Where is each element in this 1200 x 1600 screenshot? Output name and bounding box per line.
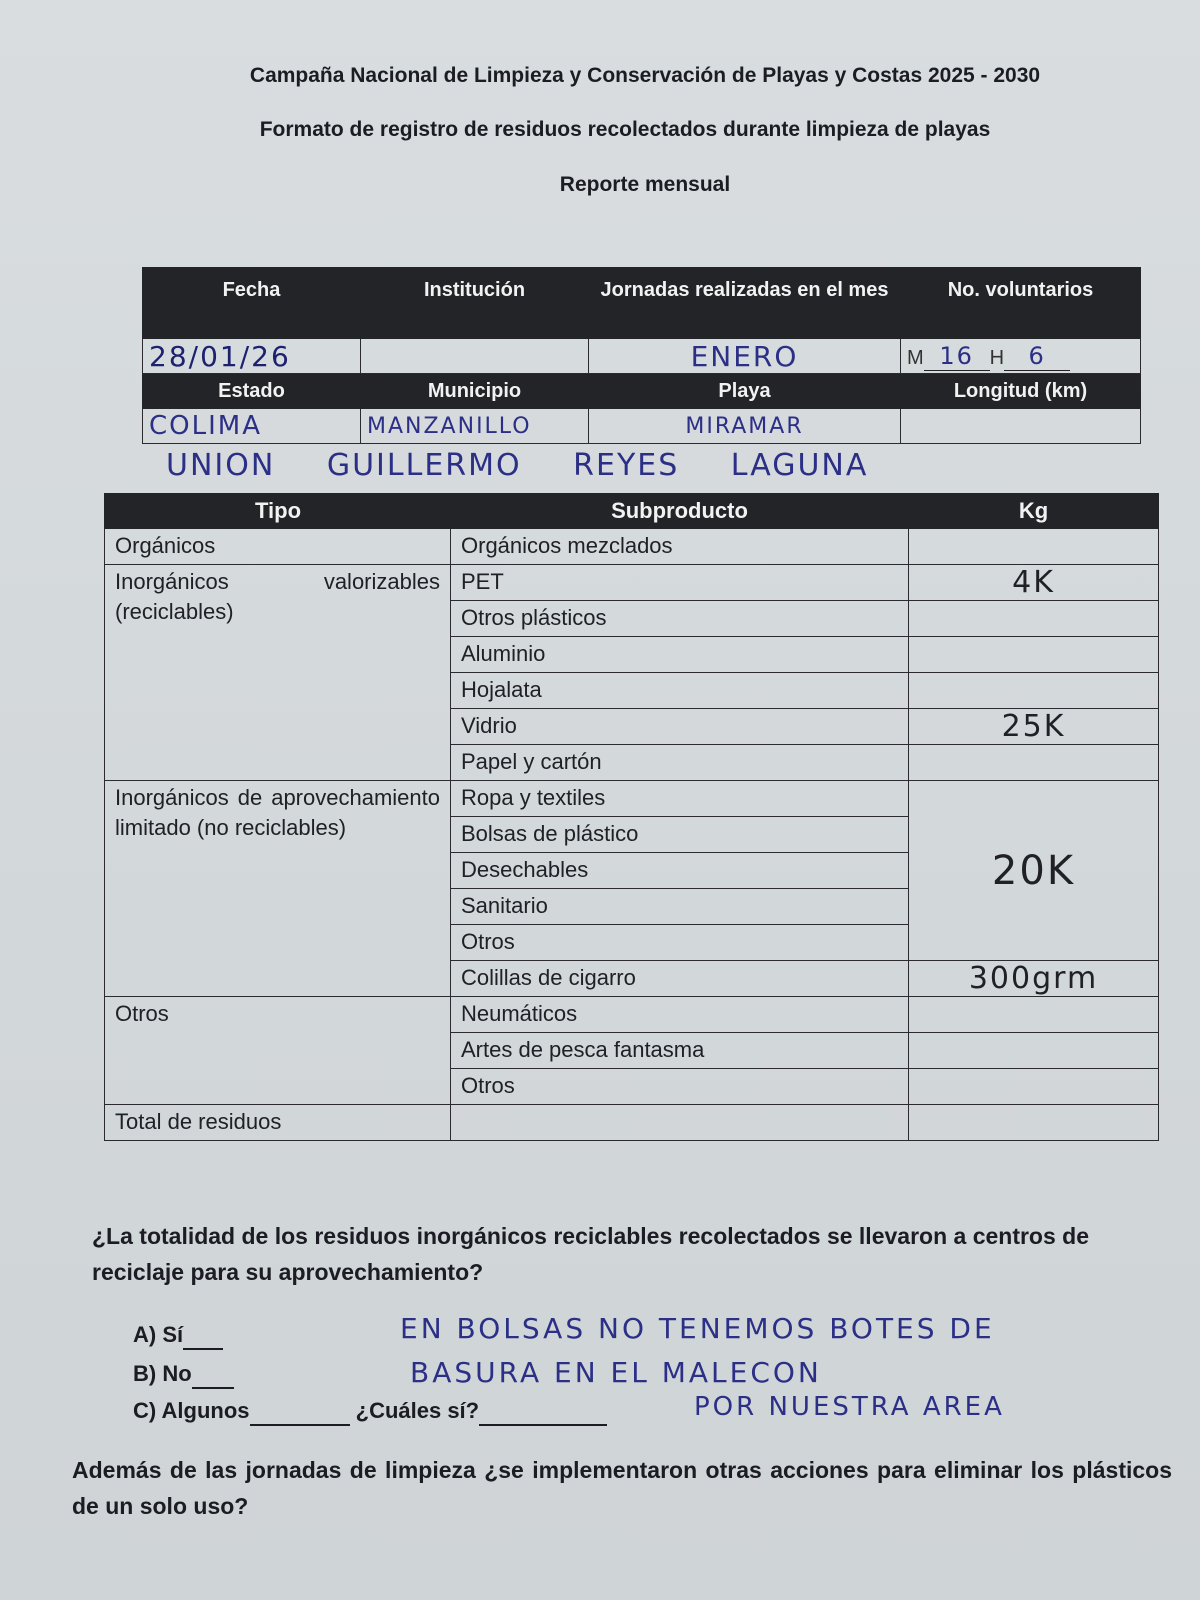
tipo-inorganicos-limitado: Inorgánicos de aprovechamiento limitado … xyxy=(105,781,451,997)
option-b-blank[interactable] xyxy=(192,1361,234,1389)
voluntarios-h-label: H xyxy=(990,347,1004,369)
tipo-inorganicos-valorizables: Inorgánicos valorizables (reciclables) xyxy=(105,565,451,781)
voluntarios-m-label: M xyxy=(907,347,924,369)
header-longitud: Longitud (km) xyxy=(901,374,1141,409)
kg-cell[interactable] xyxy=(909,1069,1159,1105)
header-jornadas: Jornadas realizadas en el mes xyxy=(589,268,901,339)
report-type: Reporte mensual xyxy=(0,173,1200,197)
option-b[interactable]: B) No xyxy=(133,1361,234,1389)
handwritten-answer-line-3: POR NUESTRA AREA xyxy=(694,1392,1005,1422)
estado-field[interactable]: COLIMA xyxy=(143,409,361,444)
voluntarios-field[interactable]: M16H6 xyxy=(901,339,1141,374)
institution-handwritten-note: UNION GUILLERMO REYES LAGUNA xyxy=(166,448,868,483)
header-estado: Estado xyxy=(143,374,361,409)
longitud-field[interactable] xyxy=(901,409,1141,444)
header-municipio: Municipio xyxy=(361,374,589,409)
subproducto-cell: Papel y cartón xyxy=(451,745,909,781)
subproducto-cell: Artes de pesca fantasma xyxy=(451,1033,909,1069)
info-values-row-2: COLIMA MANZANILLO MIRAMAR xyxy=(143,409,1141,444)
voluntarios-h-value[interactable]: 6 xyxy=(1004,342,1070,371)
subproducto-cell: Bolsas de plástico xyxy=(451,817,909,853)
info-table: Fecha Institución Jornadas realizadas en… xyxy=(142,267,1141,444)
subproducto-cell: Orgánicos mezclados xyxy=(451,529,909,565)
header-fecha: Fecha xyxy=(143,268,361,339)
subproducto-cell: PET xyxy=(451,565,909,601)
info-values-row-1: 28/01/26 ENERO M16H6 xyxy=(143,339,1141,374)
table-row: Otros Neumáticos xyxy=(105,997,1159,1033)
subproducto-cell: Otros xyxy=(451,1069,909,1105)
question-1: ¿La totalidad de los residuos inorgánico… xyxy=(92,1218,1172,1290)
playa-field[interactable]: MIRAMAR xyxy=(589,409,901,444)
total-subproducto-cell[interactable] xyxy=(451,1105,909,1141)
kg-cell[interactable] xyxy=(909,529,1159,565)
waste-table: Tipo Subproducto Kg Orgánicos Orgánicos … xyxy=(104,493,1159,1141)
kg-cell[interactable] xyxy=(909,1033,1159,1069)
kg-cell[interactable] xyxy=(909,637,1159,673)
kg-merged-cell[interactable]: 20K xyxy=(909,781,1159,961)
option-a[interactable]: A) Sí xyxy=(133,1322,223,1350)
option-a-label: A) Sí xyxy=(133,1322,183,1347)
form-title: Formato de registro de residuos recolect… xyxy=(0,118,1200,142)
subproducto-cell: Aluminio xyxy=(451,637,909,673)
voluntarios-m-value[interactable]: 16 xyxy=(924,342,990,371)
header-voluntarios: No. voluntarios xyxy=(901,268,1141,339)
which-blank[interactable] xyxy=(479,1398,607,1426)
kg-cell[interactable] xyxy=(909,601,1159,637)
subproducto-cell: Hojalata xyxy=(451,673,909,709)
which-label: ¿Cuáles sí? xyxy=(356,1398,479,1423)
subproducto-cell: Vidrio xyxy=(451,709,909,745)
institucion-field[interactable] xyxy=(361,339,589,374)
handwritten-answer-line-1: EN BOLSAS NO TENEMOS BOTES DE xyxy=(400,1312,995,1345)
header-tipo: Tipo xyxy=(105,494,451,529)
header-kg: Kg xyxy=(909,494,1159,529)
info-header-row-2: Estado Municipio Playa Longitud (km) xyxy=(143,374,1141,409)
kg-cell[interactable]: 25K xyxy=(909,709,1159,745)
total-label: Total de residuos xyxy=(105,1105,451,1141)
total-kg-cell[interactable] xyxy=(909,1105,1159,1141)
subproducto-cell: Colillas de cigarro xyxy=(451,961,909,997)
header-institucion: Institución xyxy=(361,268,589,339)
kg-cell[interactable] xyxy=(909,745,1159,781)
jornadas-field[interactable]: ENERO xyxy=(589,339,901,374)
option-b-label: B) No xyxy=(133,1361,192,1386)
campaign-title: Campaña Nacional de Limpieza y Conservac… xyxy=(0,64,1200,88)
option-c[interactable]: C) Algunos ¿Cuáles sí? xyxy=(133,1398,607,1426)
kg-cell[interactable] xyxy=(909,673,1159,709)
info-header-row-1: Fecha Institución Jornadas realizadas en… xyxy=(143,268,1141,339)
subproducto-cell: Ropa y textiles xyxy=(451,781,909,817)
kg-cell[interactable]: 300grm xyxy=(909,961,1159,997)
waste-header-row: Tipo Subproducto Kg xyxy=(105,494,1159,529)
subproducto-cell: Desechables xyxy=(451,853,909,889)
option-c-label: C) Algunos xyxy=(133,1398,250,1423)
header-subproducto: Subproducto xyxy=(451,494,909,529)
table-row: Inorgánicos de aprovechamiento limitado … xyxy=(105,781,1159,817)
subproducto-cell: Otros xyxy=(451,925,909,961)
handwritten-answer-line-2: BASURA EN EL MALECON xyxy=(410,1356,822,1389)
header-playa: Playa xyxy=(589,374,901,409)
option-c-blank[interactable] xyxy=(250,1398,350,1426)
subproducto-cell: Neumáticos xyxy=(451,997,909,1033)
fecha-field[interactable]: 28/01/26 xyxy=(143,339,361,374)
table-row: Inorgánicos valorizables (reciclables) P… xyxy=(105,565,1159,601)
total-row: Total de residuos xyxy=(105,1105,1159,1141)
kg-cell[interactable] xyxy=(909,997,1159,1033)
subproducto-cell: Otros plásticos xyxy=(451,601,909,637)
kg-cell[interactable]: 4K xyxy=(909,565,1159,601)
tipo-organicos: Orgánicos xyxy=(105,529,451,565)
table-row: Orgánicos Orgánicos mezclados xyxy=(105,529,1159,565)
question-2: Además de las jornadas de limpieza ¿se i… xyxy=(72,1452,1172,1524)
municipio-field[interactable]: MANZANILLO xyxy=(361,409,589,444)
option-a-blank[interactable] xyxy=(183,1322,223,1350)
subproducto-cell: Sanitario xyxy=(451,889,909,925)
tipo-otros: Otros xyxy=(105,997,451,1105)
